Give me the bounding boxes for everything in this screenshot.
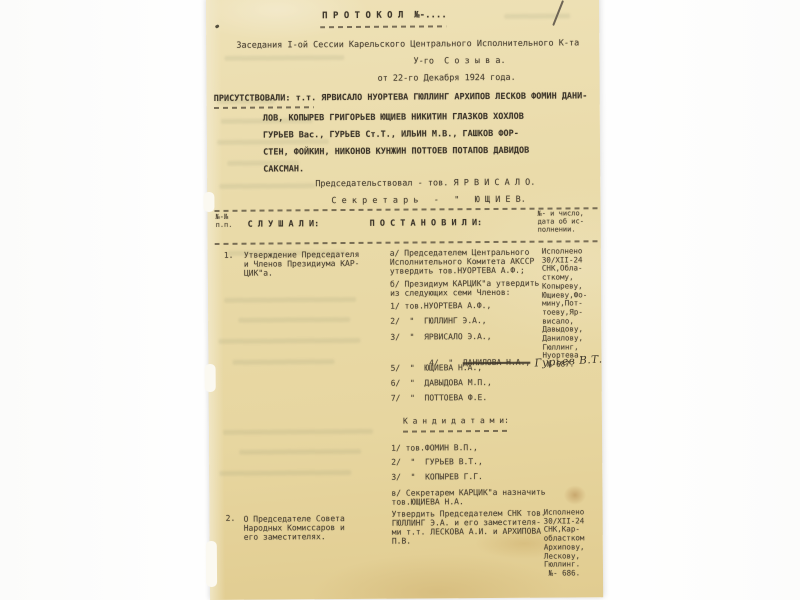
bleedthrough-smudge [223,429,373,435]
secretary-line: С е к р е т а р ь - " Ю Щ И Е В. [331,195,526,206]
protocol-title: П Р О Т О К О Л №-.... [322,10,447,21]
title-underline [320,25,446,28]
bleedthrough-smudge [224,55,344,61]
torn-edge-patch [206,541,217,587]
row2-resolved-cell: Утвердить Председателем СНК тов. ГЮЛЛИНГ… [392,509,552,546]
chairman-line: Председательствовал - тов. Я Р В И С А Л… [315,178,535,190]
table-header-separator [215,240,599,245]
resolution-point-v: в/ Секретарем КАРЦИК"а назначить тов.ЮЩИ… [391,487,549,506]
torn-edge-patch [205,364,216,392]
column-header-execution: №- и число, дата об ис- полнении. [537,209,599,234]
bleedthrough-smudge [219,470,351,476]
attendees-label-underline [214,106,314,109]
presidium-member-corrected: 4/ " ДАНИЛОВА Н.А.,Гурьев В.Т. [390,347,548,363]
row2-heard-cell: О Председателе Совета Народных Комиссаро… [244,514,399,542]
torn-edge-patch [203,192,214,212]
convocation-line: У-го С о з ы в а. [413,56,505,67]
scanner-background: П Р О Т О К О Л №-.... Заседания I-ой Се… [0,0,800,600]
binding-edge [206,0,225,600]
attendees-label: ПРИСУТСТВОВАЛИ: [214,93,291,104]
presidium-member: 3/ " ЯРВИСАЛО Э.А., [390,331,548,347]
attendees-first-line: т.т. ЯРВИСАЛО НУОРТЕВА ГЮЛЛИНГ АРХИПОВ Л… [296,91,598,103]
bleedthrough-smudge [224,297,356,303]
column-header-heard: С Л У Ш А Л И: [248,219,320,230]
presidium-member: 7/ " ПОТТОЕВА Ф.Е. [391,393,549,409]
row1-number: 1. [224,251,234,260]
bleedthrough-smudge [233,359,335,365]
candidate-item: 2/ " ГУРЬЕВ В.Т., [391,457,549,473]
date-line: от 22-го Декабря 1924 года. [378,73,516,84]
bleedthrough-smudge [219,183,315,189]
column-header-number: №-№ п.п. [216,213,233,229]
candidate-item: 3/ " КОПЫРЕВ Г.Г. [391,472,549,488]
row2-execution-cell: Исполнено 30/XII-24 СНК,Кар- областком А… [544,508,604,578]
presidium-member: 2/ " ГЮЛЛИНГ Э.А., [390,316,548,332]
bleedthrough-smudge [218,338,360,344]
presidium-member: 6/ " ДАВЫДОВА М.П., [391,378,549,394]
row1-execution-cell: Исполнено 30/XII-24 СНК,Обла- сткому, Ко… [542,247,603,369]
candidates-list: 1/ тов.ФОМИН В.П., 2/ " ГУРЬЕВ В.Т., 3/ … [391,442,549,487]
bleedthrough-smudge [238,317,350,323]
column-header-resolved: П О С Т А Н О В И Л И: [370,218,483,229]
bleedthrough-smudge [504,13,570,18]
candidate-item: 1/ тов.ФОМИН В.П., [391,442,549,458]
row1-resolved-cell: а/ Председателем Центрального Исполнител… [390,248,550,507]
attendees-continuation: ЛОВ, КОПЫРЕВ ГРИГОРЬЕВ ЮЩИЕВ НИКИТИН ГЛА… [263,108,593,178]
resolution-point-a: а/ Председателем Центрального Исполнител… [390,248,548,276]
resolution-point-b: б/ Президиум КАРЦИК"а утвердить из следу… [390,279,548,298]
candidates-underline [403,430,509,433]
presidium-member: 1/ тов.НУОРТЕВА А.Ф., [390,301,548,317]
session-line: Заседания I-ой Сессии Карельского Центра… [236,38,596,51]
candidates-heading: К а н д и д а т а м и: [403,415,549,426]
bleedthrough-smudge [239,449,361,455]
row2-number: 2. [226,514,236,523]
document-page: П Р О Т О К О Л №-.... Заседания I-ой Се… [206,0,603,600]
row1-heard-cell: Утверждение Председателя и Членов Презид… [244,250,396,278]
